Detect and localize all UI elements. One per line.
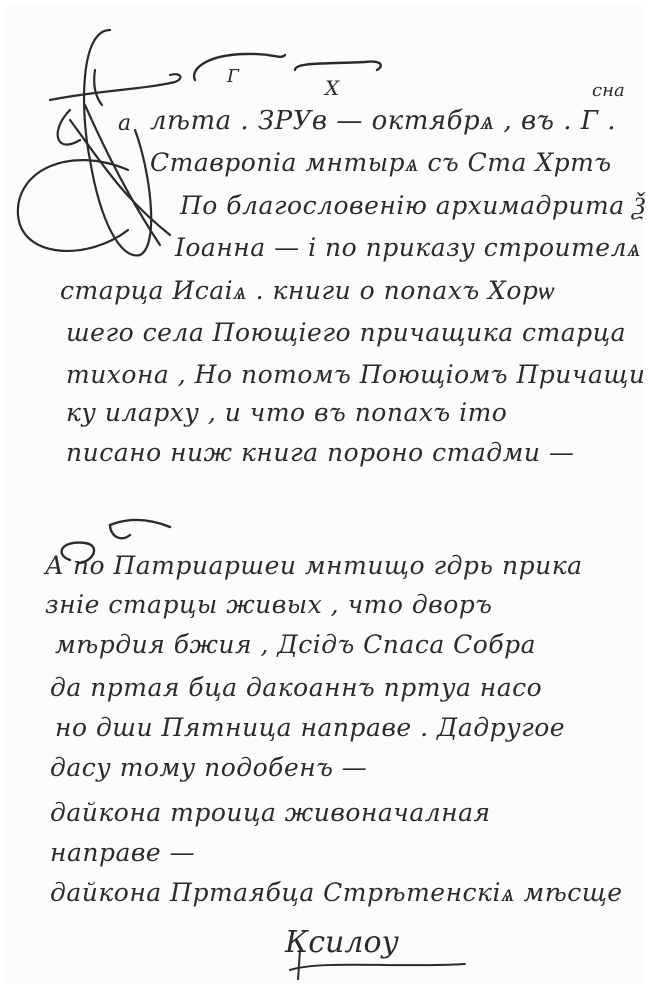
manuscript-line-17: направе — [50, 840, 195, 865]
svg-text:Г: Г [226, 66, 240, 87]
manuscript-line-4: Іоанна — і по приказу строителѧ [175, 235, 641, 260]
svg-text:Х: Х [323, 76, 340, 100]
manuscript-line-12: мѣрдия бжия , Дсідъ Спаса Собра [55, 632, 536, 657]
manuscript-line-3: По благословенію архимадрита Ѯ [180, 193, 646, 218]
manuscript-line-18: дайкона Пртаябца Стрѣтенскіѧ мѣсще [50, 880, 623, 905]
title-overline-flourish-icon: Г Х [185, 40, 445, 100]
manuscript-line-14: но дши Пятница направе . Дадругое [55, 715, 565, 740]
manuscript-line-11: зніе старцы живых , что дворъ [45, 592, 492, 617]
manuscript-line-13: да пртая бца дакоаннъ пртуа насо [50, 675, 542, 700]
manuscript-line-7: тихона , Но потомъ Поющіомъ Причащи [66, 362, 645, 387]
manuscript-line-9: писано ниж книга пороно стадми — [66, 440, 574, 465]
manuscript-line-15: дасу тому подобенъ — [50, 755, 367, 780]
signature-underline-flourish-icon [280, 950, 480, 980]
svg-text:а: а [118, 111, 131, 136]
manuscript-line-1: лѣта . ЗРУв — октябрѧ , въ . Г . [150, 108, 616, 134]
manuscript-line-8: ку иларху , и что въ попахъ іто [66, 400, 507, 425]
manuscript-line-16: дайкона троица живоначалная [50, 800, 491, 825]
manuscript-line-2: Ставропіа мнтырѧ съ Ста Хртъ [150, 150, 612, 175]
manuscript-text-area: а Г Х сна лѣта . ЗРУв — октябрѧ , въ . Г… [0, 0, 652, 992]
manuscript-line-5: старца Исаіѧ . книги о попахъ Хорѡ [60, 278, 555, 303]
superscript-right-top: сна [592, 80, 625, 101]
manuscript-line-6: шего села Поющіего причащика старца [66, 320, 626, 345]
manuscript-line-10: А по Патриаршеи мнтищо гдрь прика [45, 553, 583, 578]
